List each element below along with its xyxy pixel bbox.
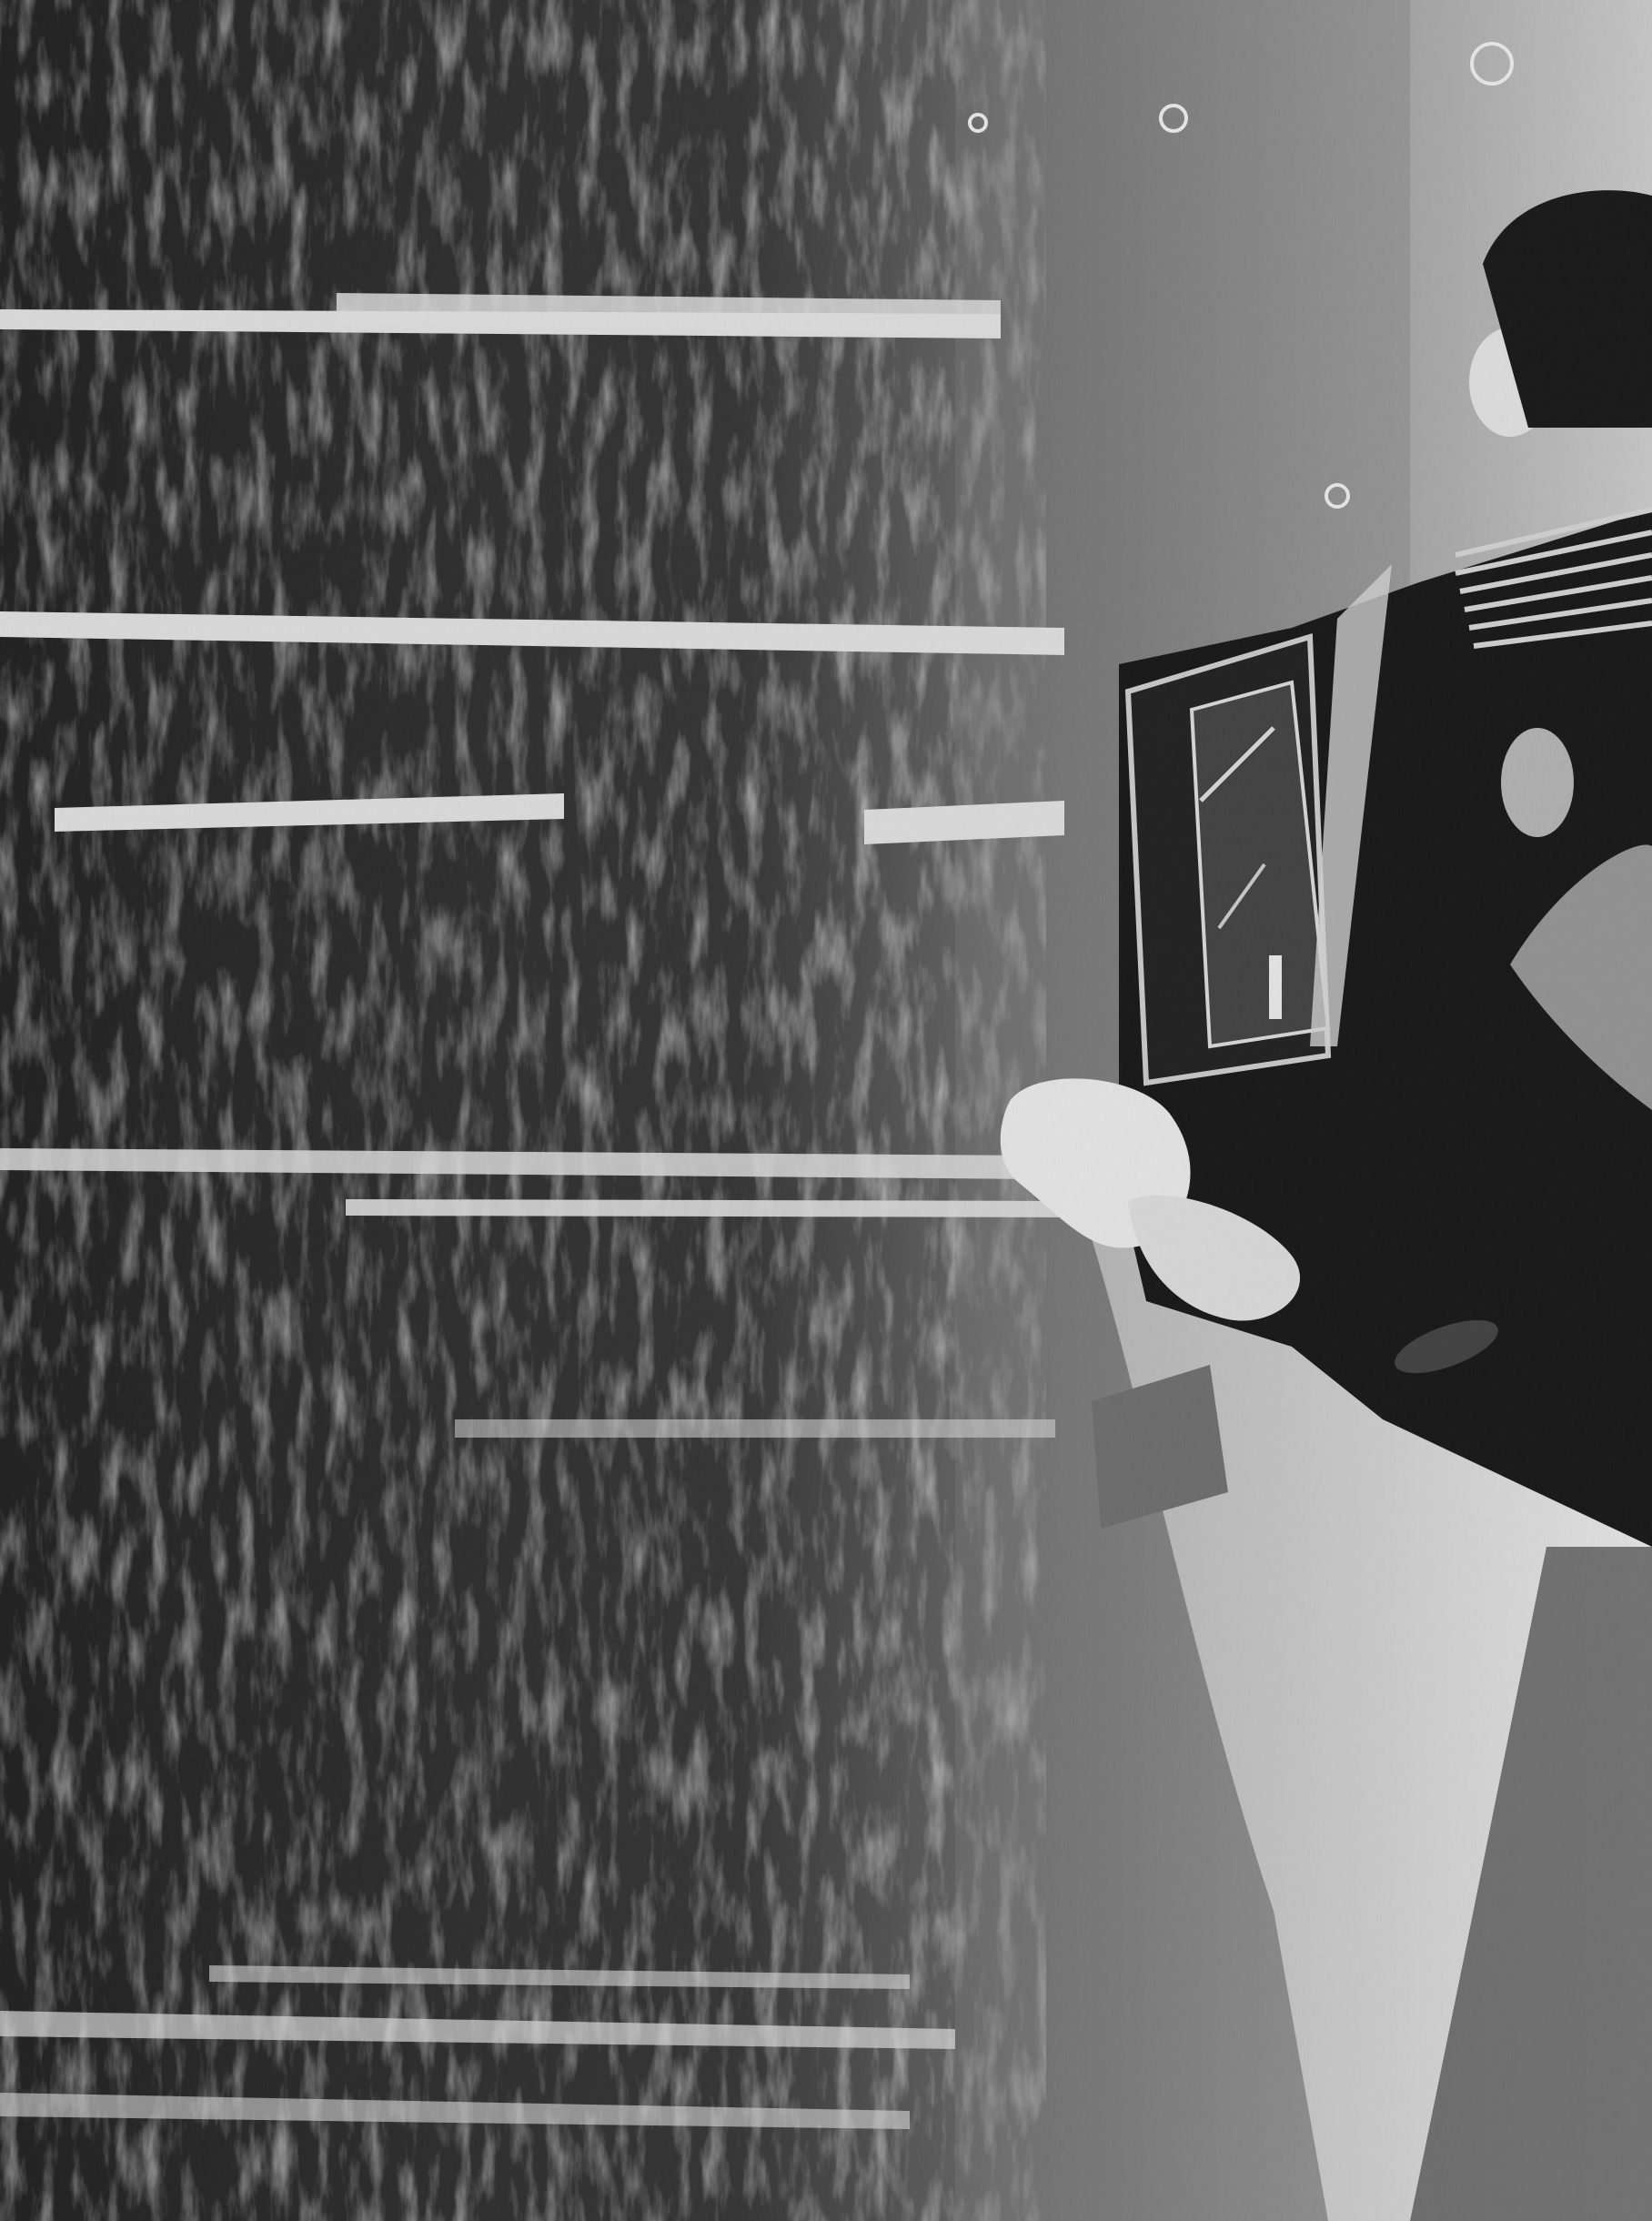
scene (0, 0, 1652, 2221)
photograph (0, 0, 1652, 2221)
film-grain (0, 0, 1652, 2221)
